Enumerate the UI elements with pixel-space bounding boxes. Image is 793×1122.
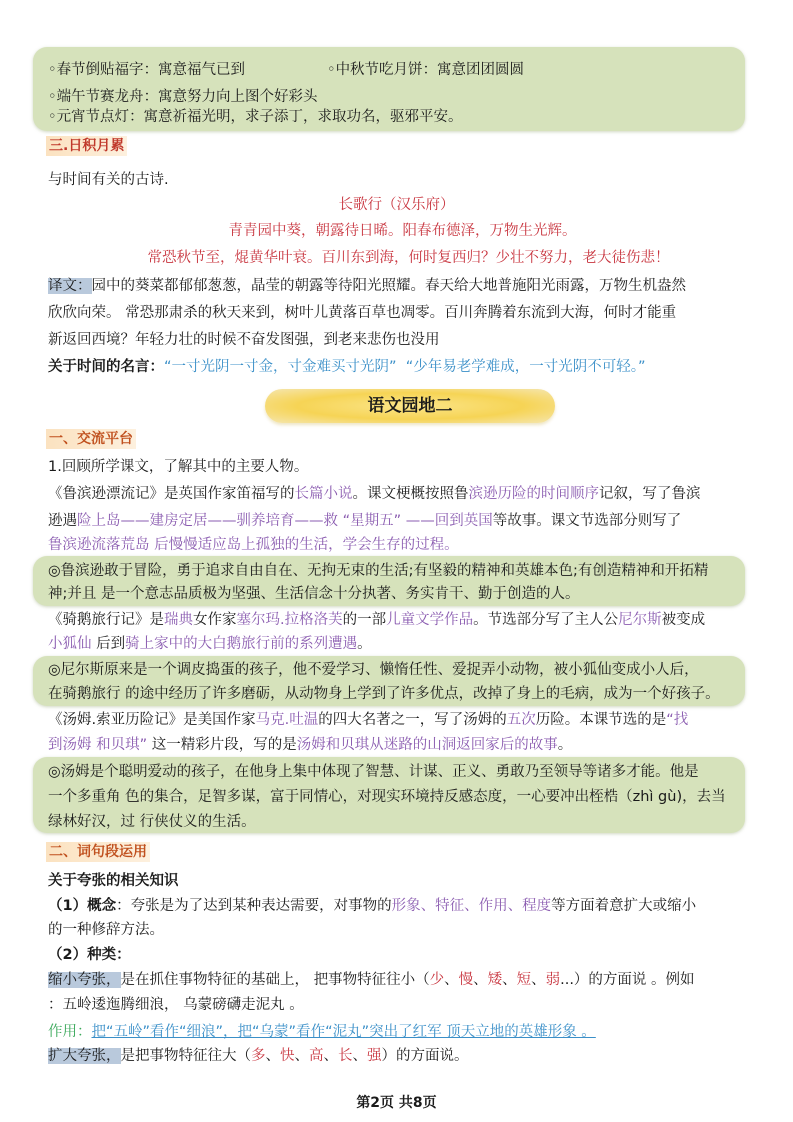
- section-title-daily-accumulation: 三.日积月累: [46, 136, 127, 156]
- concept-label: （1）概念: [48, 898, 116, 914]
- quote-1: “一寸光阴一寸金，寸金难买寸光阴”: [164, 359, 397, 375]
- text: 这一精彩片段，写的是: [147, 737, 297, 753]
- robinson-summary-line-1: ◎鲁滨逊敢于冒险，勇于追求自由自在、无拘无束的生活;有坚毅的精神和英雄本色;有创…: [48, 561, 708, 581]
- text: 逊遇: [48, 513, 77, 529]
- tom-line-2: 到汤姆 和贝琪” 这一精彩片段，写的是汤姆和贝琪从迷路的山洞返回家后的故事。: [48, 735, 572, 755]
- highlight: 汤姆和贝琪从迷路的山洞返回家后的故事: [297, 737, 558, 753]
- highlight: “找: [666, 712, 688, 728]
- unit-banner: 语文园地二: [265, 389, 555, 423]
- text: 的四大名著之一，写了汤姆的: [318, 712, 507, 728]
- term: 少: [430, 972, 445, 988]
- translation-line-2: 欣欣向荣。 常恐那肃杀的秋天来到，树叶儿黄落百草也凋零。百川奔腾着东流到大海，何…: [48, 303, 676, 323]
- festival-name: 春节倒贴福字: [57, 62, 144, 78]
- poem-line-1: 青青园中葵，朝露待日晞。阳春布德泽，万物生光辉。: [6, 221, 793, 241]
- festival-name: 元宵节点灯: [57, 109, 130, 125]
- term: 作用: [479, 898, 508, 914]
- highlight: 险上岛——建房定居——驯养培育——救 “星期五” ——回到英国: [77, 513, 493, 529]
- text: ...）的方面说 。例如: [560, 972, 694, 988]
- page-number: 第2页 共8页: [0, 1092, 793, 1112]
- translation-text: 园中的葵菜都郁郁葱葱，晶莹的朝露等待阳光照耀。春天给大地普施阳光雨露，万物生机盎…: [92, 278, 687, 294]
- sep: 、: [353, 1048, 368, 1064]
- robinson-line-2: 逊遇险上岛——建房定居——驯养培育——救 “星期五” ——回到英国等故事。课文节…: [48, 511, 681, 531]
- sep: 、: [295, 1048, 310, 1064]
- term: 短: [517, 972, 532, 988]
- tom-summary-line-2: 一个多重角 色的集合，足智多谋，富于同情心，对现实环境持反感态度，一心要冲出桎梏…: [48, 787, 726, 807]
- expand-label: 扩大夸张，: [48, 1048, 121, 1064]
- term: 程度: [522, 898, 551, 914]
- highlight: 到汤姆 和贝琪”: [48, 737, 147, 753]
- festival-item: ◦春节倒贴福字：寓意福气已到: [48, 60, 245, 80]
- text: 被变成: [662, 612, 706, 628]
- text: 记叙，写了鲁滨: [599, 486, 701, 502]
- term: 多: [251, 1048, 266, 1064]
- text: 。: [357, 636, 372, 652]
- quotes-label: 关于时间的名言：: [48, 359, 164, 375]
- text: 《骑鹅旅行记》是: [48, 612, 164, 628]
- text: ）的方面说。: [382, 1048, 469, 1064]
- shrink-line-1: 缩小夸张，是在抓住事物特征的基础上， 把事物特征往小（少、慢、矮、短、弱...）…: [48, 970, 695, 990]
- concept-line-1: （1）概念：夸张是为了达到某种表达需要，对事物的形象、特征、作用、程度等方面着意…: [48, 896, 696, 916]
- festival-item: ◦端午节赛龙舟：寓意努力向上图个好彩头: [48, 87, 318, 107]
- text: 是把事物特征往大（: [121, 1048, 252, 1064]
- sep: 、: [421, 898, 436, 914]
- effect-label: 作用：: [48, 1024, 92, 1040]
- translation-line-1: 译文：园中的葵菜都郁郁葱葱，晶莹的朝露等待阳光照耀。春天给大地普施阳光雨露，万物…: [48, 276, 686, 296]
- highlight: 骑上家中的大白鹅旅行前的系列遭遇: [125, 636, 357, 652]
- exchange-intro: 1.回顾所学课文，了解其中的主要人物。: [48, 457, 308, 477]
- bullet: ◦: [327, 62, 336, 78]
- shrink-effect: 作用：把“五岭”看作“细浪”，把“乌蒙”看作“泥丸”突出了红军 顶天立地的英雄形…: [48, 1022, 596, 1042]
- sep: 、: [508, 898, 523, 914]
- festival-item: ◦中秋节吃月饼：寓意团团圆圆: [327, 60, 524, 80]
- highlight: 尼尔斯: [618, 612, 662, 628]
- sep: 、: [324, 1048, 339, 1064]
- nils-summary-line-1: ◎尼尔斯原来是一个调皮捣蛋的孩子，他不爱学习、懒惰任性、爱捉弄小动物，被小狐仙变…: [48, 660, 699, 680]
- sep: 、: [502, 972, 517, 988]
- term: 强: [367, 1048, 382, 1064]
- term: 长: [338, 1048, 353, 1064]
- sep: 、: [444, 972, 459, 988]
- poem-title: 长歌行（汉乐府）: [0, 195, 793, 215]
- term: 形象: [392, 898, 421, 914]
- highlight: 塞尔玛.拉格洛芙: [237, 612, 343, 628]
- poem-intro: 与时间有关的古诗.: [48, 170, 169, 190]
- concept-line-2: 的一种修辞方法。: [48, 920, 164, 940]
- shrink-label: 缩小夸张，: [48, 972, 121, 988]
- festival-meaning: ：寓意福气已到: [144, 62, 246, 78]
- sep: 、: [464, 898, 479, 914]
- sep: 、: [531, 972, 546, 988]
- sep: 、: [266, 1048, 281, 1064]
- text: 女作家: [193, 612, 237, 628]
- effect-text: 把“五岭”看作“细浪”，把“乌蒙”看作“泥丸”突出了红军 顶天立地的英雄形象 。: [92, 1024, 596, 1040]
- festival-name: 端午节赛龙舟: [57, 89, 144, 105]
- festival-meaning: ：寓意努力向上图个好彩头: [144, 89, 318, 105]
- time-quotes: 关于时间的名言：“一寸光阴一寸金，寸金难买寸光阴” “少年易老学难成，一寸光阴不…: [48, 357, 646, 377]
- text: 是在抓住事物特征的基础上， 把事物特征往小（: [121, 972, 430, 988]
- text: 。节选部分写了主人公: [473, 612, 618, 628]
- text: 《汤姆.索亚历险记》是美国作家: [48, 712, 256, 728]
- text: 等方面着意扩大或缩小: [551, 898, 696, 914]
- robinson-line-1: 《鲁滨逊漂流记》是英国作家笛福写的长篇小说。课文梗概按照鲁滨逊历险的时间顺序记叙…: [48, 484, 701, 504]
- festival-name: 中秋节吃月饼: [336, 62, 423, 78]
- bullet: ◦: [48, 109, 57, 125]
- festival-item: ◦元宵节点灯：寓意祈福光明，求子添丁，求取功名，驱邪平安。: [48, 107, 463, 127]
- text: 。: [558, 737, 573, 753]
- term: 慢: [459, 972, 474, 988]
- poem-line-2: 常恐秋节至，焜黄华叶衰。百川东到海，何时复西归？少壮不努力，老大徒伤悲！: [12, 248, 793, 268]
- highlight: 滨逊历险的时间顺序: [469, 486, 600, 502]
- nils-summary-line-2: 在骑鹅旅行 的途中经历了许多磨砺，从动物身上学到了许多优点，改掉了身上的毛病，成…: [48, 684, 720, 704]
- term: 高: [309, 1048, 324, 1064]
- sep: 、: [473, 972, 488, 988]
- term: 快: [280, 1048, 295, 1064]
- text: 《鲁滨逊漂流记》是英国作家笛福写的: [48, 486, 295, 502]
- term: 特征: [435, 898, 464, 914]
- nils-line-1: 《骑鹅旅行记》是瑞典女作家塞尔玛.拉格洛芙的一部儿童文学作品。节选部分写了主人公…: [48, 610, 705, 630]
- nils-line-2: 小狐仙 后到骑上家中的大白鹅旅行前的系列遭遇。: [48, 634, 372, 654]
- highlight: 瑞典: [164, 612, 193, 628]
- term: 矮: [488, 972, 503, 988]
- text: 历险。本课节选的是: [536, 712, 667, 728]
- highlight: 五次: [507, 712, 536, 728]
- section-title-exchange: 一、交流平台: [46, 429, 136, 449]
- exaggeration-subtitle: 关于夸张的相关知识: [48, 871, 179, 891]
- tom-summary-line-1: ◎汤姆是个聪明爱动的孩子，在他身上集中体现了智慧、计谋、正义、勇敢乃至领导等诸多…: [48, 762, 699, 782]
- highlight: 长篇小说: [295, 486, 353, 502]
- types-label: （2）种类：: [48, 945, 131, 965]
- robinson-summary-line-2: 神;并且 是一个意志品质极为坚强、生活信念十分执著、务实肯干、勤于创造的人。: [48, 584, 580, 604]
- highlight: 小狐仙: [48, 636, 92, 652]
- text: 的一部: [343, 612, 387, 628]
- text: ：夸张是为了达到某种表达需要，对事物的: [116, 898, 392, 914]
- expand-line: 扩大夸张，是把事物特征往大（多、快、高、长、强）的方面说。: [48, 1046, 469, 1066]
- festival-meaning: ：寓意祈福光明，求子添丁，求取功名，驱邪平安。: [129, 109, 463, 125]
- bullet: ◦: [48, 62, 57, 78]
- quote-2: “少年易老学难成，一寸光阴不可轻。”: [406, 359, 646, 375]
- highlight: 儿童文学作品: [386, 612, 473, 628]
- tom-summary-line-3: 绿林好汉，过 行侠仗义的生活。: [48, 812, 256, 832]
- text: 后到: [92, 636, 126, 652]
- tom-line-1: 《汤姆.索亚历险记》是美国作家马克.吐温的四大名著之一，写了汤姆的五次历险。本课…: [48, 710, 688, 730]
- bullet: ◦: [48, 89, 57, 105]
- text: 。课文梗概按照鲁: [353, 486, 469, 502]
- highlight: 马克.吐温: [256, 712, 319, 728]
- festival-meaning: ：寓意团团圆圆: [423, 62, 525, 78]
- translation-line-3: 新返回西境？年轻力壮的时候不奋发图强，到老来悲伤也没用: [48, 330, 440, 350]
- text: 等故事。课文节选部分则写了: [493, 513, 682, 529]
- section-title-word-usage: 二、词句段运用: [46, 842, 150, 862]
- banner-title: 语文园地二: [265, 389, 555, 423]
- translation-label: 译文：: [48, 278, 92, 294]
- robinson-line-3: 鲁滨逊流落荒岛 后慢慢适应岛上孤独的生活，学会生存的过程。: [48, 535, 459, 555]
- shrink-example: ：五岭逶迤腾细浪， 乌蒙磅礴走泥丸 。: [48, 995, 304, 1015]
- term: 弱: [546, 972, 561, 988]
